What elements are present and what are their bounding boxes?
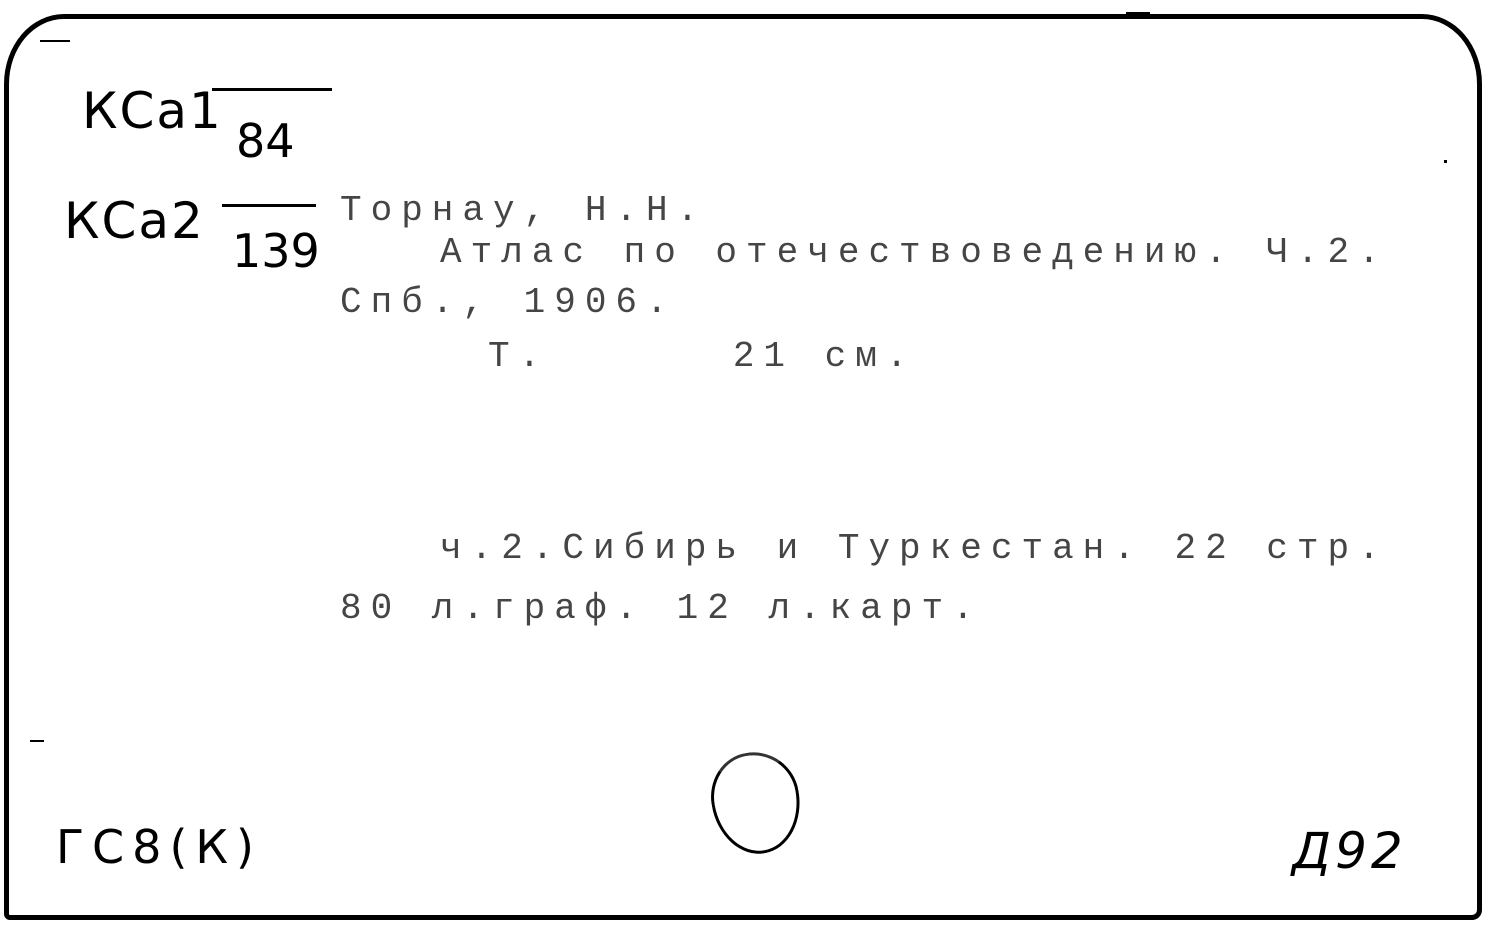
contents-note-line-1: ч.2.Сибирь и Туркестан. 22 стр. [440, 528, 1389, 569]
scan-speck [40, 40, 70, 42]
scan-speck [1444, 160, 1447, 163]
shelfmark-2-prefix: КСа2 [64, 196, 205, 246]
shelfmark-1-prefix: КСа1 [82, 86, 223, 136]
shelfmark-2-fraction-bar [222, 204, 316, 207]
bottom-right-code: Д92 [1292, 822, 1407, 880]
bottom-left-code: ГС8(К) [56, 820, 262, 874]
contents-note-line-2: 80 л.граф. 12 л.карт. [340, 588, 983, 629]
shelfmark-2-number: 139 [232, 228, 320, 274]
imprint-line: Спб., 1906. [340, 282, 677, 323]
scan-speck [1126, 12, 1150, 14]
title-line: Атлас по отечествоведению. Ч.2. [440, 232, 1389, 273]
author-line: Торнау, Н.Н. [340, 190, 707, 231]
shelfmark-1-fraction-bar [212, 88, 332, 91]
scan-speck [30, 740, 44, 742]
scan-speck [244, 16, 270, 18]
shelfmark-1-number: 84 [236, 118, 295, 164]
physical-description-line: Т. 21 см. [488, 336, 916, 377]
